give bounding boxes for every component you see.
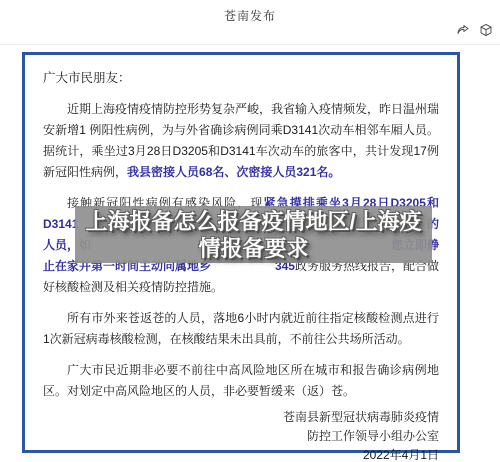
signature-block: 苍南县新型冠状病毒肺炎疫情 防控工作领导小组办公室 2022年4月1日 xyxy=(43,408,439,462)
share-icon[interactable] xyxy=(456,23,470,37)
signature-line-1: 苍南县新型冠状病毒肺炎疫情 xyxy=(43,408,439,427)
app-header: 苍南发布 xyxy=(0,0,500,44)
mini-program-icon[interactable] xyxy=(479,23,493,37)
header-actions xyxy=(456,23,493,37)
watermark-title: 上海报备怎么报备疫情地区/上海疫 情报备要求 xyxy=(85,208,421,262)
page-title: 苍南发布 xyxy=(0,7,500,24)
paragraph-1: 近期上海疫情疫情防控形势复杂严峻，我省输入疫情频发，昨日温州瑞安新增1 例阳性病… xyxy=(43,99,439,183)
screen: 苍南发布 广大市民朋友： 近期上海疫情疫情防控形势复杂严峻，我省输入疫情频发，昨… xyxy=(0,0,500,462)
paragraph-2-line-4: 好核酸检测及相关疫情防控措施。 xyxy=(43,277,439,298)
watermark-title-overlay: 上海报备怎么报备疫情地区/上海疫 情报备要求 xyxy=(75,206,432,263)
signature-line-2: 防控工作领导小组办公室 xyxy=(43,427,439,446)
paragraph-4: 广大市民近期非必要不前往中高风险地区所在城市和报告确诊病例地区。对划定中高风险地… xyxy=(43,360,439,402)
greeting: 广大市民朋友： xyxy=(43,68,439,89)
text-segment: 好核酸检测及相关疫情防控措施。 xyxy=(43,280,223,294)
emphasized-text: 我县密接人员68名、次密接人员321名。 xyxy=(127,165,340,179)
emphasized-text: 人员， xyxy=(43,235,79,256)
header-divider xyxy=(0,44,500,45)
signature-date: 2022年4月1日 xyxy=(43,446,439,462)
paragraph-3: 所有市外来苍返苍的人员，落地6小时内就近前往指定核酸检测点进行1次新冠病毒核酸检… xyxy=(43,308,439,350)
watermark-title-line-2: 情报备要求 xyxy=(85,235,421,262)
watermark-title-line-1: 上海报备怎么报备疫情地区/上海疫 xyxy=(85,208,421,235)
